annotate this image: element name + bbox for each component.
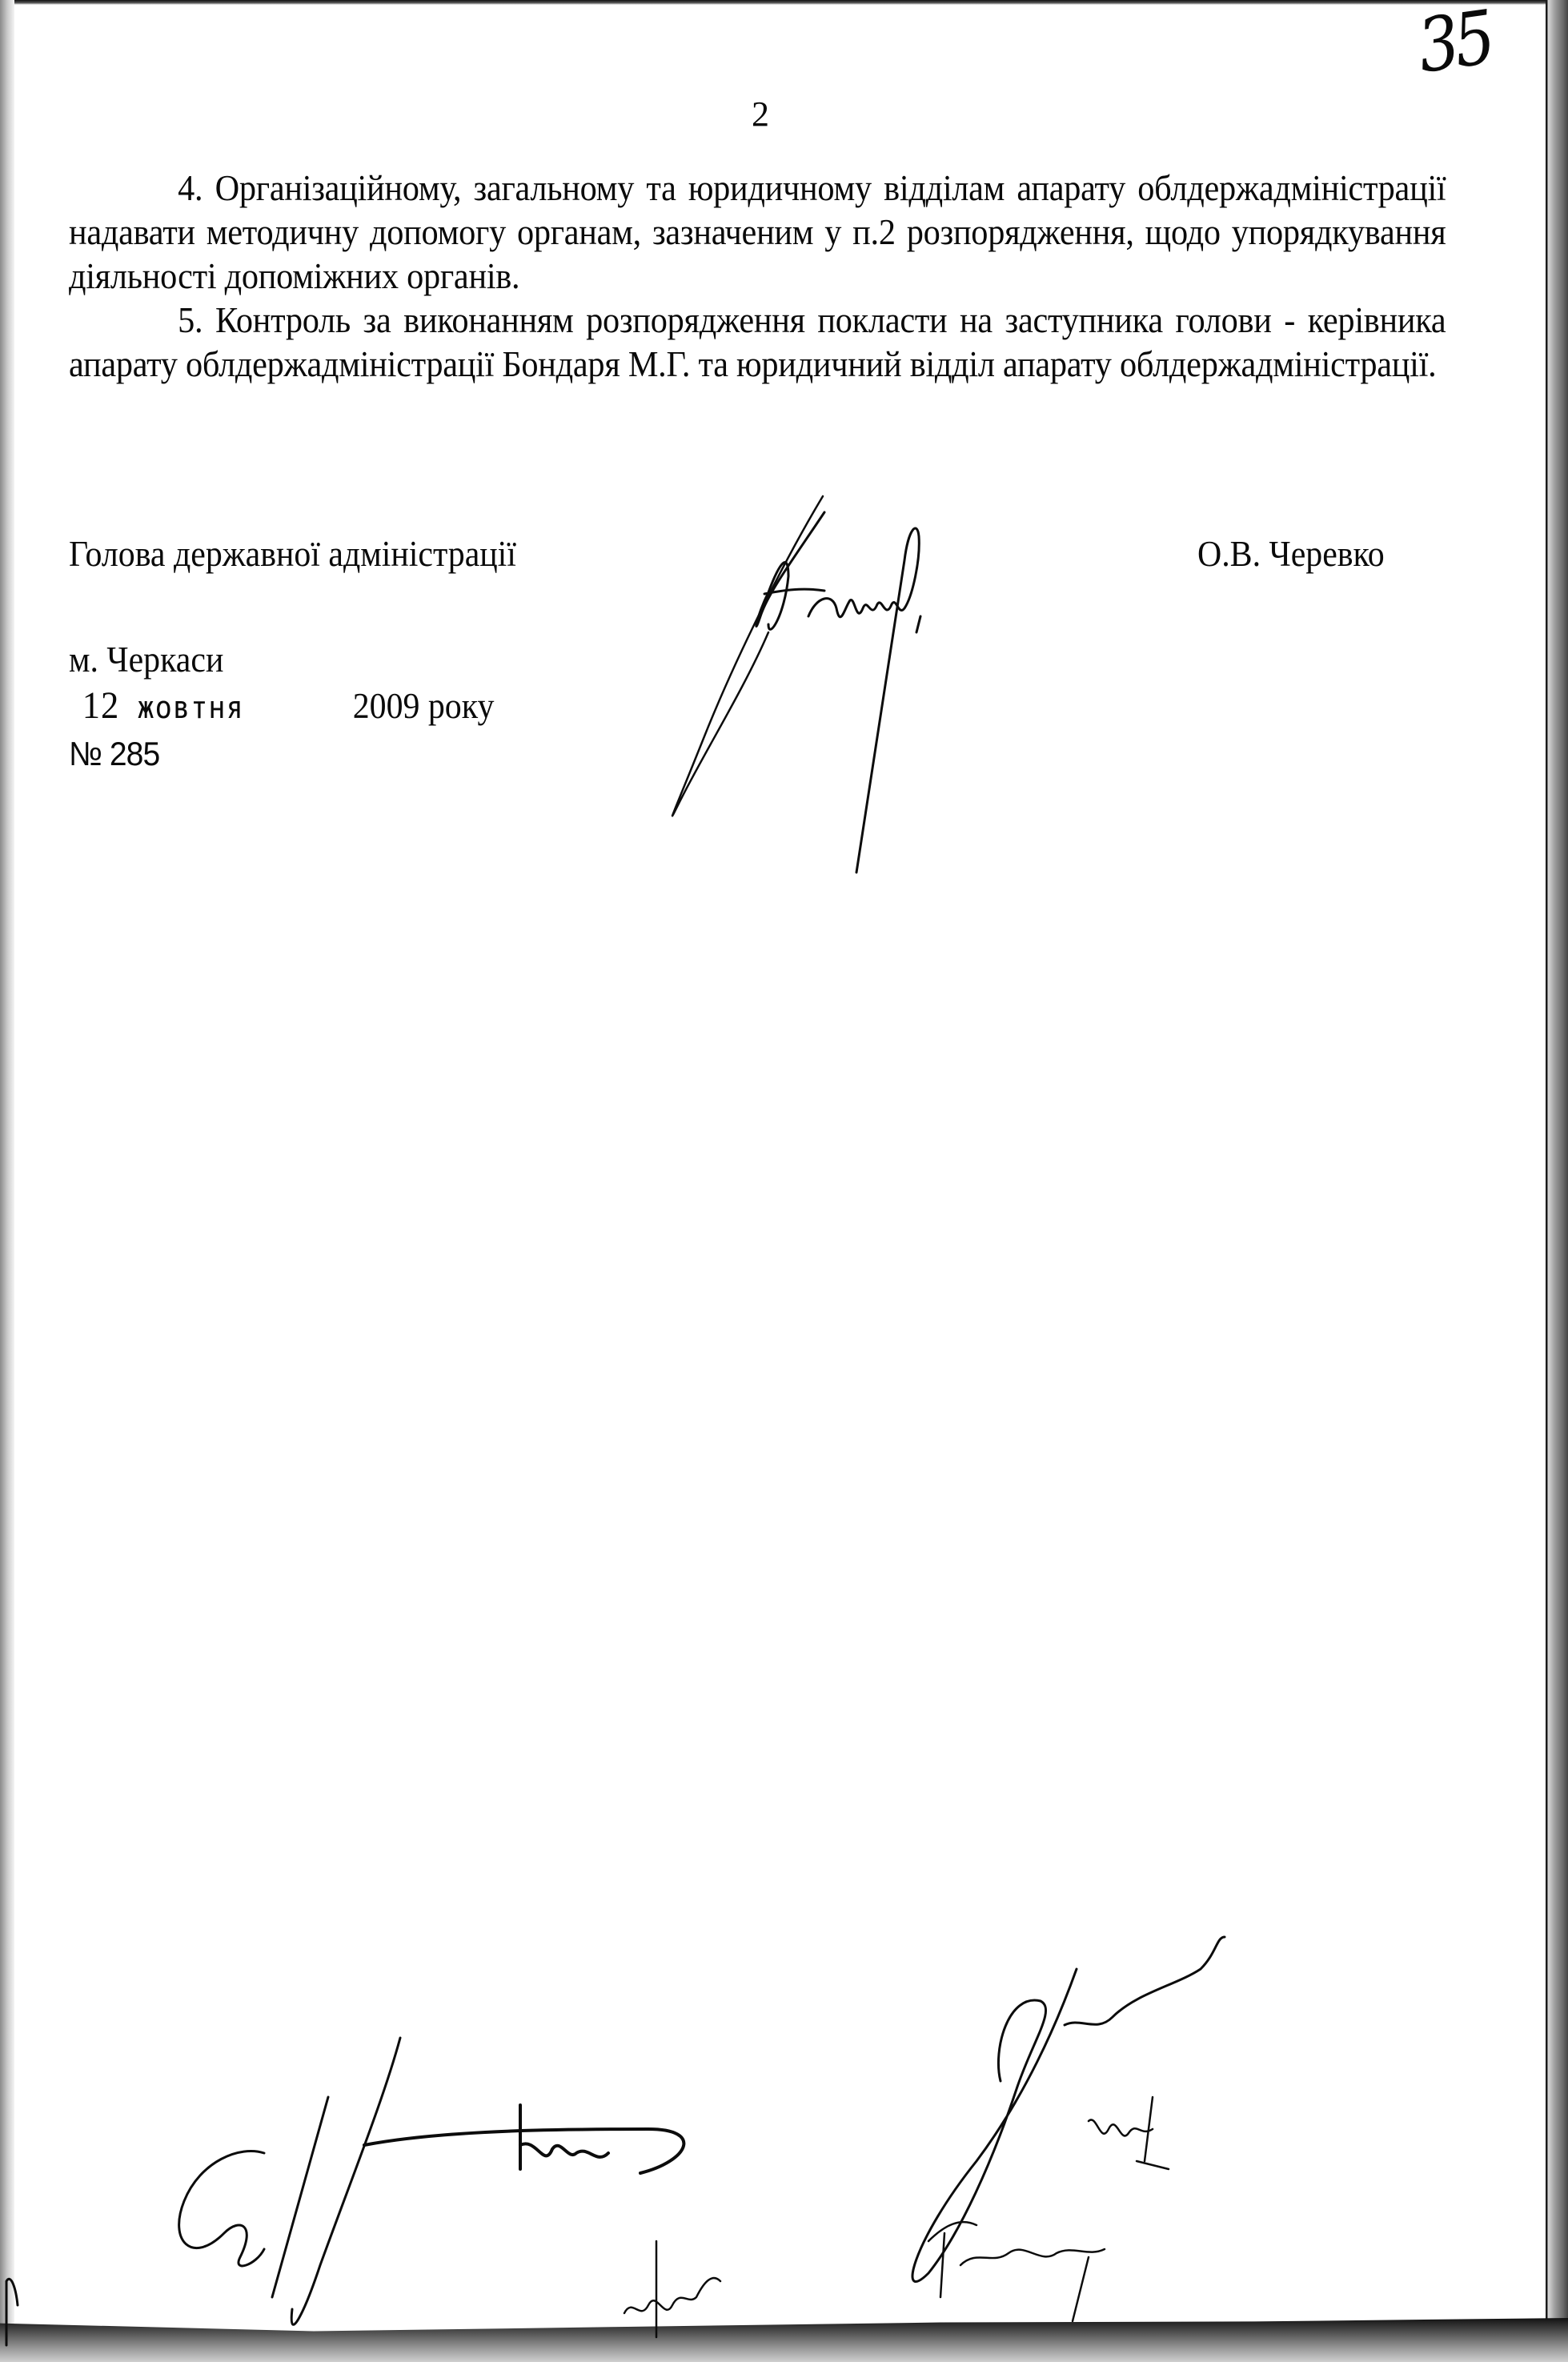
signature-block: Голова державної адміністрації О.В. Чере… <box>69 532 1430 588</box>
document-number: № 285 <box>69 731 494 777</box>
scanned-document-page: 35 2 4. Організаційному, загальному та ю… <box>0 0 1568 2362</box>
approval-signature-6 <box>624 2241 720 2337</box>
scan-edge-bottom <box>0 2318 1568 2362</box>
approval-signature-1 <box>179 2038 400 2324</box>
paragraph-4: 4. Організаційному, загальному та юридич… <box>69 166 1446 298</box>
signatory-name: О.В. Черевко <box>1197 532 1385 576</box>
scan-edge-right <box>1546 0 1568 2362</box>
paragraph-text: Контроль за виконанням розпорядження пок… <box>69 299 1446 384</box>
scan-edge-top <box>0 0 1568 5</box>
issue-place: м. Черкаси <box>69 636 494 683</box>
issue-details: м. Черкаси 12 жовтня 2009 року № 285 <box>69 636 526 777</box>
document-body: 4. Організаційному, загальному та юридич… <box>69 166 1446 386</box>
scan-edge-left <box>0 0 14 2362</box>
page-number: 2 <box>0 94 1521 134</box>
date-stamp: 12 жовтня <box>82 683 244 731</box>
paragraph-number: 5. <box>178 299 203 340</box>
issue-day: 12 <box>82 684 119 727</box>
approval-signature-2 <box>364 2105 684 2173</box>
approval-signature-3 <box>912 1937 1225 2282</box>
paragraph-5: 5. Контроль за виконанням розпорядження … <box>69 298 1446 386</box>
handwritten-sheet-number: 35 <box>1413 0 1495 88</box>
approval-signature-5 <box>928 2222 1105 2321</box>
paragraph-number: 4. <box>178 167 203 208</box>
issue-month: жовтня <box>137 690 243 725</box>
signatory-title: Голова державної адміністрації <box>69 532 516 576</box>
paragraph-text: Організаційному, загальному та юридичном… <box>69 167 1446 296</box>
issue-date: 12 жовтня 2009 року <box>69 683 494 731</box>
approval-signature-4 <box>1089 2097 1169 2169</box>
issue-year: 2009 року <box>353 683 495 729</box>
